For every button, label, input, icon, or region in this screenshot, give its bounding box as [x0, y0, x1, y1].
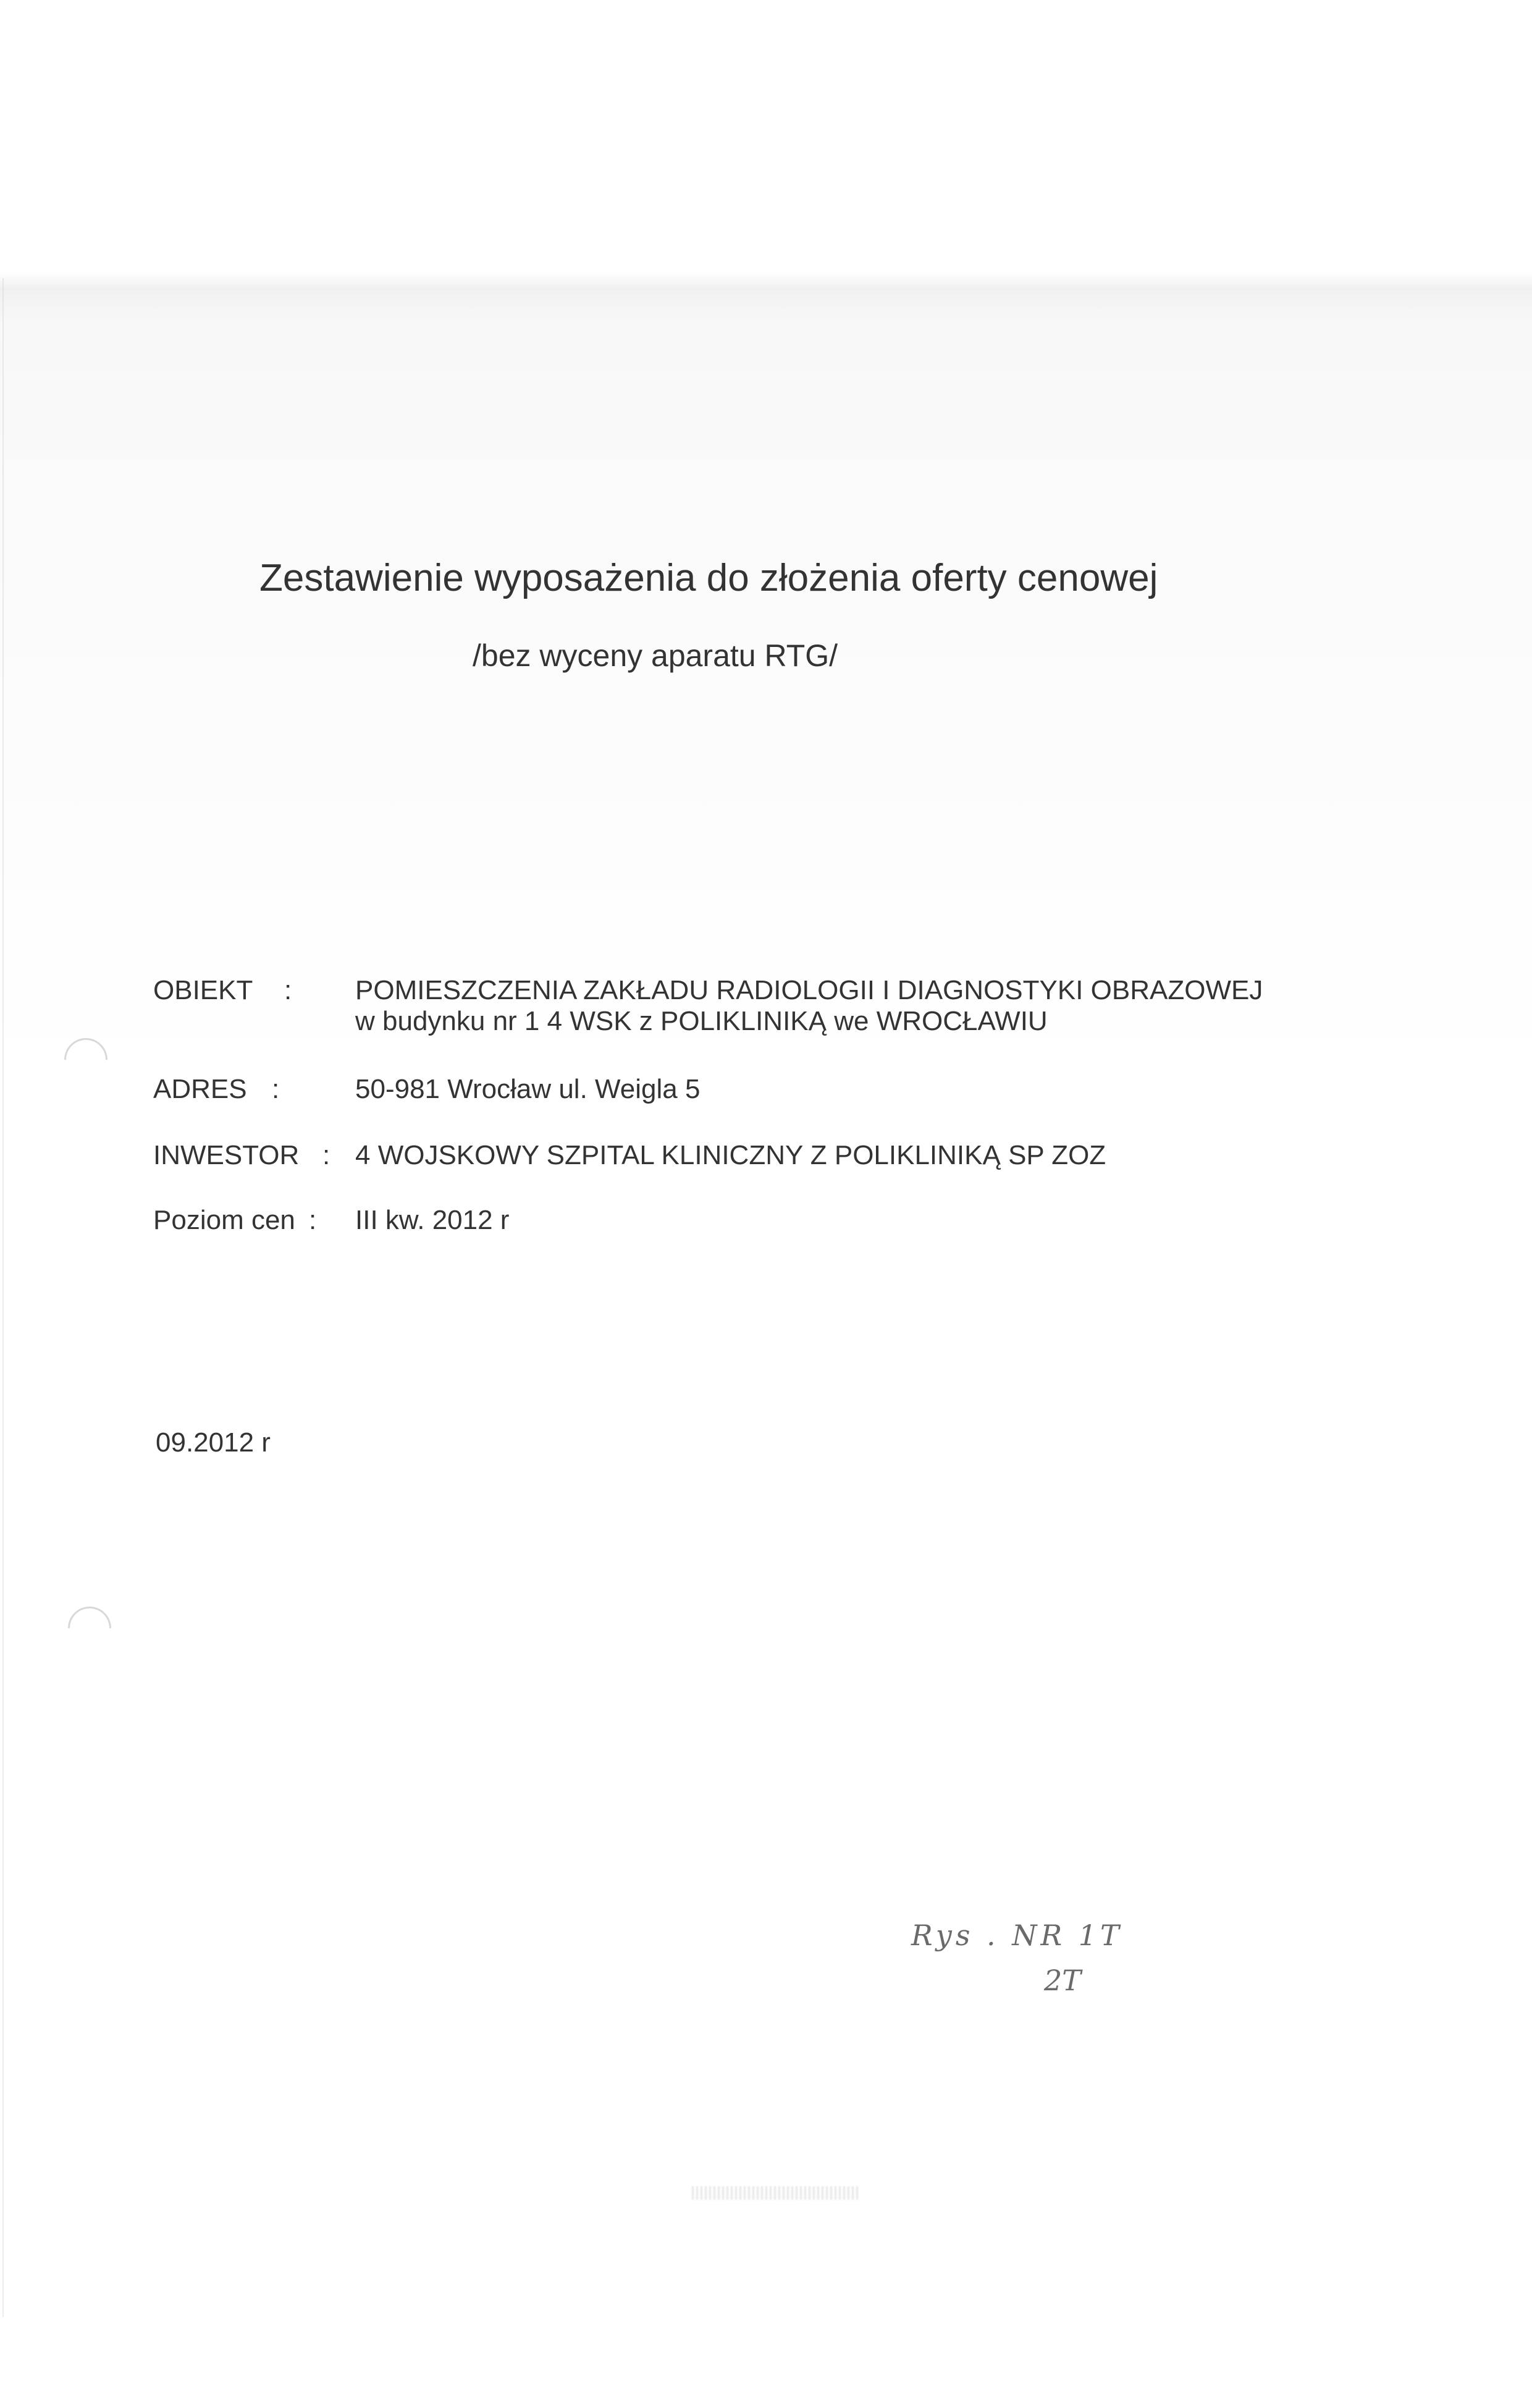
field-value-adres: 50-981 Wrocław ul. Weigla 5: [355, 1074, 700, 1105]
field-separator: :: [322, 1140, 330, 1171]
field-value-obiekt-line1: POMIESZCZENIA ZAKŁADU RADIOLOGII I DIAGN…: [355, 975, 1263, 1006]
scan-smudge: [692, 2186, 859, 2200]
field-label-inwestor: INWESTOR: [153, 1140, 299, 1171]
field-value-inwestor: 4 WOJSKOWY SZPITAL KLINICZNY Z POLIKLINI…: [355, 1140, 1106, 1171]
field-separator: :: [284, 975, 292, 1006]
punch-hole-icon: [59, 1598, 120, 1659]
document-title: Zestawienie wyposażenia do złożenia ofer…: [259, 556, 1158, 600]
field-value-poziom-cen: III kw. 2012 r: [355, 1205, 509, 1236]
field-value-obiekt-line2: w budynku nr 1 4 WSK z POLIKLINIKĄ we WR…: [355, 1006, 1048, 1037]
handwritten-note-line2: 2T: [1044, 1964, 1081, 1997]
handwritten-note-line1: Rys . NR 1T: [911, 1919, 1123, 1952]
field-separator: :: [309, 1205, 316, 1236]
document-date: 09.2012 r: [156, 1427, 271, 1458]
scan-shadow-band: [0, 272, 1532, 327]
field-label-obiekt: OBIEKT: [153, 975, 253, 1006]
field-label-adres: ADRES: [153, 1074, 247, 1105]
field-label-poziom-cen: Poziom cen: [153, 1205, 295, 1236]
page-edge-line: [2, 278, 4, 2317]
scan-haze: [0, 327, 1532, 1069]
field-separator: :: [272, 1074, 279, 1105]
document-subtitle: /bez wyceny aparatu RTG/: [473, 638, 838, 674]
